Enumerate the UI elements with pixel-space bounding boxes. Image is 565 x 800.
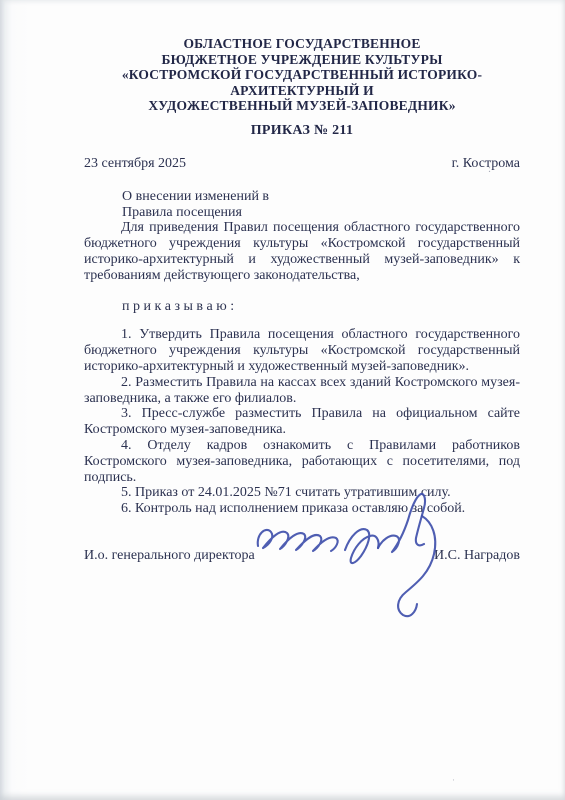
scan-artifact: ·	[452, 775, 455, 785]
order-subject-line: О внесении изменений в	[122, 189, 520, 205]
organization-header: ОБЛАСТНОЕ ГОСУДАРСТВЕННОЕ БЮДЖЕТНОЕ УЧРЕ…	[84, 36, 520, 114]
organization-header-line: «КОСТРОМСКОЙ ГОСУДАРСТВЕННЫЙ ИСТОРИКО-АР…	[84, 67, 520, 98]
organization-header-line: ХУДОЖЕСТВЕННЫЙ МУЗЕЙ-ЗАПОВЕДНИК»	[84, 98, 520, 114]
scan-artifact: :	[488, 163, 491, 175]
organization-header-line: ОБЛАСТНОЕ ГОСУДАРСТВЕННОЕ	[84, 36, 520, 52]
order-subject: О внесении изменений в Правила посещения	[122, 189, 520, 221]
scanned-document-page: ОБЛАСТНОЕ ГОСУДАРСТВЕННОЕ БЮДЖЕТНОЕ УЧРЕ…	[0, 0, 565, 800]
order-item: 1. Утвердить Правила посещения областног…	[84, 327, 520, 374]
order-date: 23 сентября 2025	[84, 156, 186, 172]
signer-name: И.С. Наградов	[434, 548, 520, 564]
organization-header-line: БЮДЖЕТНОЕ УЧРЕЖДЕНИЕ КУЛЬТУРЫ	[84, 52, 520, 68]
order-subject-line: Правила посещения	[122, 205, 520, 221]
date-place-row: 23 сентября 2025 г. Кострома	[84, 156, 520, 172]
signer-title: И.о. генерального директора	[84, 548, 255, 564]
order-item: 2. Разместить Правила на кассах всех зда…	[84, 375, 520, 407]
order-item: 5. Приказ от 24.01.2025 №71 считать утра…	[84, 485, 520, 501]
order-items: 1. Утвердить Правила посещения областног…	[84, 327, 520, 517]
order-item: 6. Контроль над исполнением приказа оста…	[84, 501, 520, 517]
preamble-paragraph: Для приведения Правил посещения областно…	[84, 220, 520, 283]
document-content: ОБЛАСТНОЕ ГОСУДАРСТВЕННОЕ БЮДЖЕТНОЕ УЧРЕ…	[84, 36, 520, 564]
order-title: ПРИКАЗ № 211	[84, 123, 520, 139]
order-item: 4. Отделу кадров ознакомить с Правилами …	[84, 438, 520, 485]
order-place: г. Кострома	[452, 156, 520, 172]
signature-row: И.о. генерального директора И.С. Наградо…	[84, 548, 520, 564]
decree-word: п р и к а з ы в а ю :	[122, 299, 520, 315]
order-item: 3. Пресс-службе разместить Правила на оф…	[84, 406, 520, 438]
